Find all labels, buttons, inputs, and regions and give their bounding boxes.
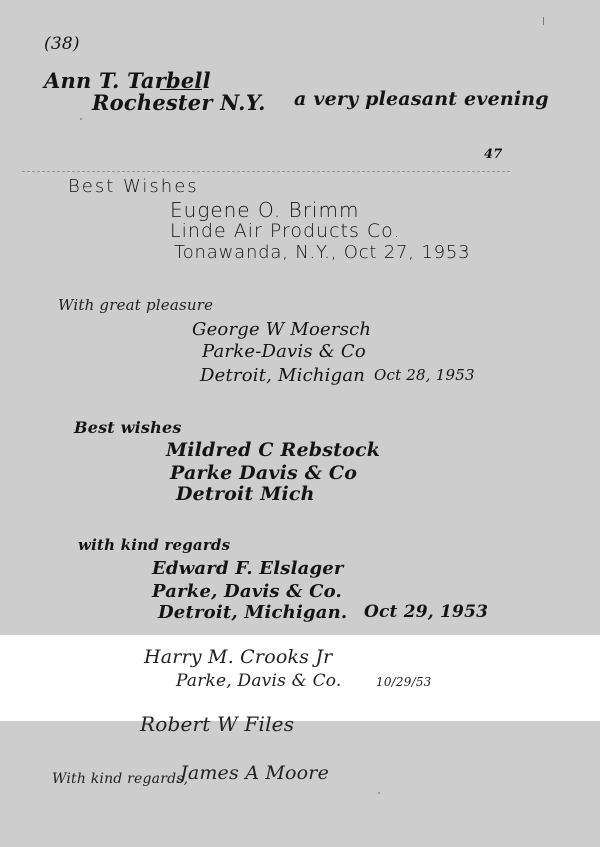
- signature-name: Mildred C Rebstock: [166, 441, 380, 460]
- signature-name: Harry M. Crooks Jr: [144, 648, 332, 667]
- section-divider: [22, 171, 510, 172]
- signature-date: Oct 29, 1953: [364, 604, 488, 621]
- greeting: Best wishes: [74, 420, 182, 436]
- signature-location-date: Tonawanda, N.Y., Oct 27, 1953: [174, 244, 470, 262]
- signature-company: Parke, Davis & Co.: [152, 583, 342, 601]
- greeting: Best Wishes: [68, 178, 199, 196]
- signature-name: Robert W Files: [140, 714, 294, 734]
- greeting: with kind regards: [78, 538, 230, 553]
- scan-speck: [80, 118, 82, 120]
- signature-name: George W Moersch: [192, 321, 371, 339]
- signature-date: Oct 28, 1953: [374, 368, 475, 383]
- signature-name: Ann T. Tarbell: [44, 70, 211, 91]
- page-number: (38): [44, 36, 80, 53]
- signature-location: Detroit Mich: [176, 485, 315, 504]
- signature-location: Rochester N.Y.: [92, 92, 266, 113]
- scan-mark: [543, 17, 544, 25]
- greeting: With kind regards,: [52, 772, 188, 786]
- scanned-page: (38) Ann T. Tarbell Rochester N.Y. a ver…: [0, 0, 600, 847]
- signature-location: Detroit, Michigan: [200, 367, 365, 385]
- signature-name: Edward F. Elslager: [152, 560, 344, 578]
- signature-company: Parke, Davis & Co.: [176, 673, 342, 690]
- signature-note: a very pleasant evening: [294, 90, 549, 109]
- scan-speck: [378, 792, 380, 794]
- marginal-number: 47: [484, 148, 503, 161]
- signature-company: Parke Davis & Co: [170, 464, 357, 483]
- signature-name: Eugene O. Brimm: [170, 200, 359, 220]
- signature-name: James A Moore: [180, 764, 329, 783]
- signature-company: Linde Air Products Co.: [170, 222, 401, 241]
- signature-company: Parke-Davis & Co: [202, 343, 366, 361]
- signature-date: 10/29/53: [376, 676, 432, 688]
- signature-location: Detroit, Michigan.: [158, 604, 347, 622]
- greeting: With great pleasure: [58, 298, 213, 313]
